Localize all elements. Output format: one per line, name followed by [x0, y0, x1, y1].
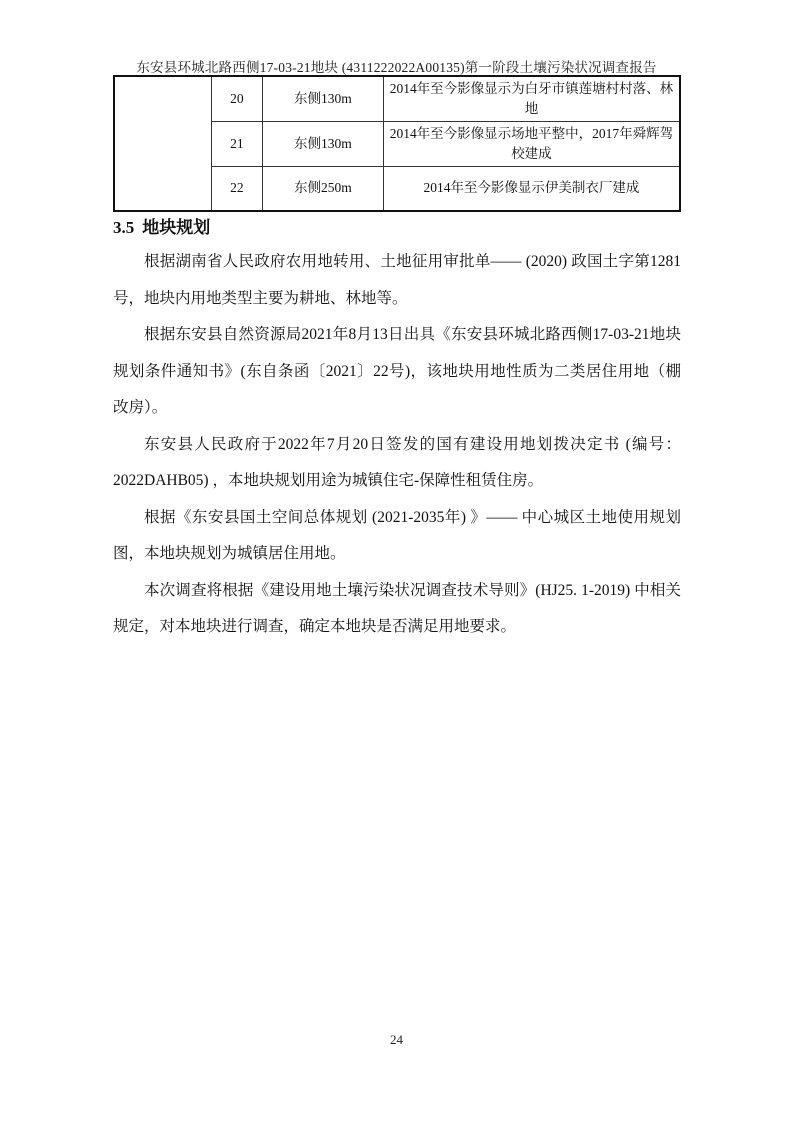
page-number: 24	[0, 1032, 793, 1048]
table-row: 20 东侧130m 2014年至今影像显示为白牙市镇莲塘村村落、林地	[114, 76, 680, 121]
row-description: 2014年至今影像显示场地平整中，2017年舜辉驾校建成	[383, 121, 680, 166]
paragraph: 根据《东安县国土空间总体规划 (2021-2035年) 》—— 中心城区土地使用…	[113, 500, 681, 573]
section-title-text: 地块规划	[142, 218, 210, 237]
merged-category-cell	[114, 76, 211, 211]
row-description: 2014年至今影像显示伊美制衣厂建成	[383, 166, 680, 211]
paragraph: 东安县人民政府于2022年7月20日签发的国有建设用地划拨决定书 (编号：202…	[113, 427, 681, 500]
row-direction: 东侧250m	[262, 166, 383, 211]
paragraph: 根据东安县自然资源局2021年8月13日出具《东安县环城北路西侧17-03-21…	[113, 317, 681, 427]
surroundings-table: 20 东侧130m 2014年至今影像显示为白牙市镇莲塘村村落、林地 21 东侧…	[113, 75, 681, 212]
row-description: 2014年至今影像显示为白牙市镇莲塘村村落、林地	[383, 76, 680, 121]
row-direction: 东侧130m	[262, 76, 383, 121]
paragraph: 本次调查将根据《建设用地土壤污染状况调查技术导则》(HJ25. 1-2019) …	[113, 573, 681, 646]
section-number: 3.5	[113, 218, 134, 237]
section-heading: 3.5地块规划	[113, 213, 210, 238]
paragraph: 根据湖南省人民政府农用地转用、土地征用审批单—— (2020) 政国土字第128…	[113, 244, 681, 317]
row-direction: 东侧130m	[262, 121, 383, 166]
section-body: 根据湖南省人民政府农用地转用、土地征用审批单—— (2020) 政国土字第128…	[113, 244, 681, 646]
row-number: 22	[211, 166, 262, 211]
page-header: 东安县环城北路西侧17-03-21地块 (4311222022A00135)第一…	[0, 56, 793, 76]
row-number: 20	[211, 76, 262, 121]
row-number: 21	[211, 121, 262, 166]
